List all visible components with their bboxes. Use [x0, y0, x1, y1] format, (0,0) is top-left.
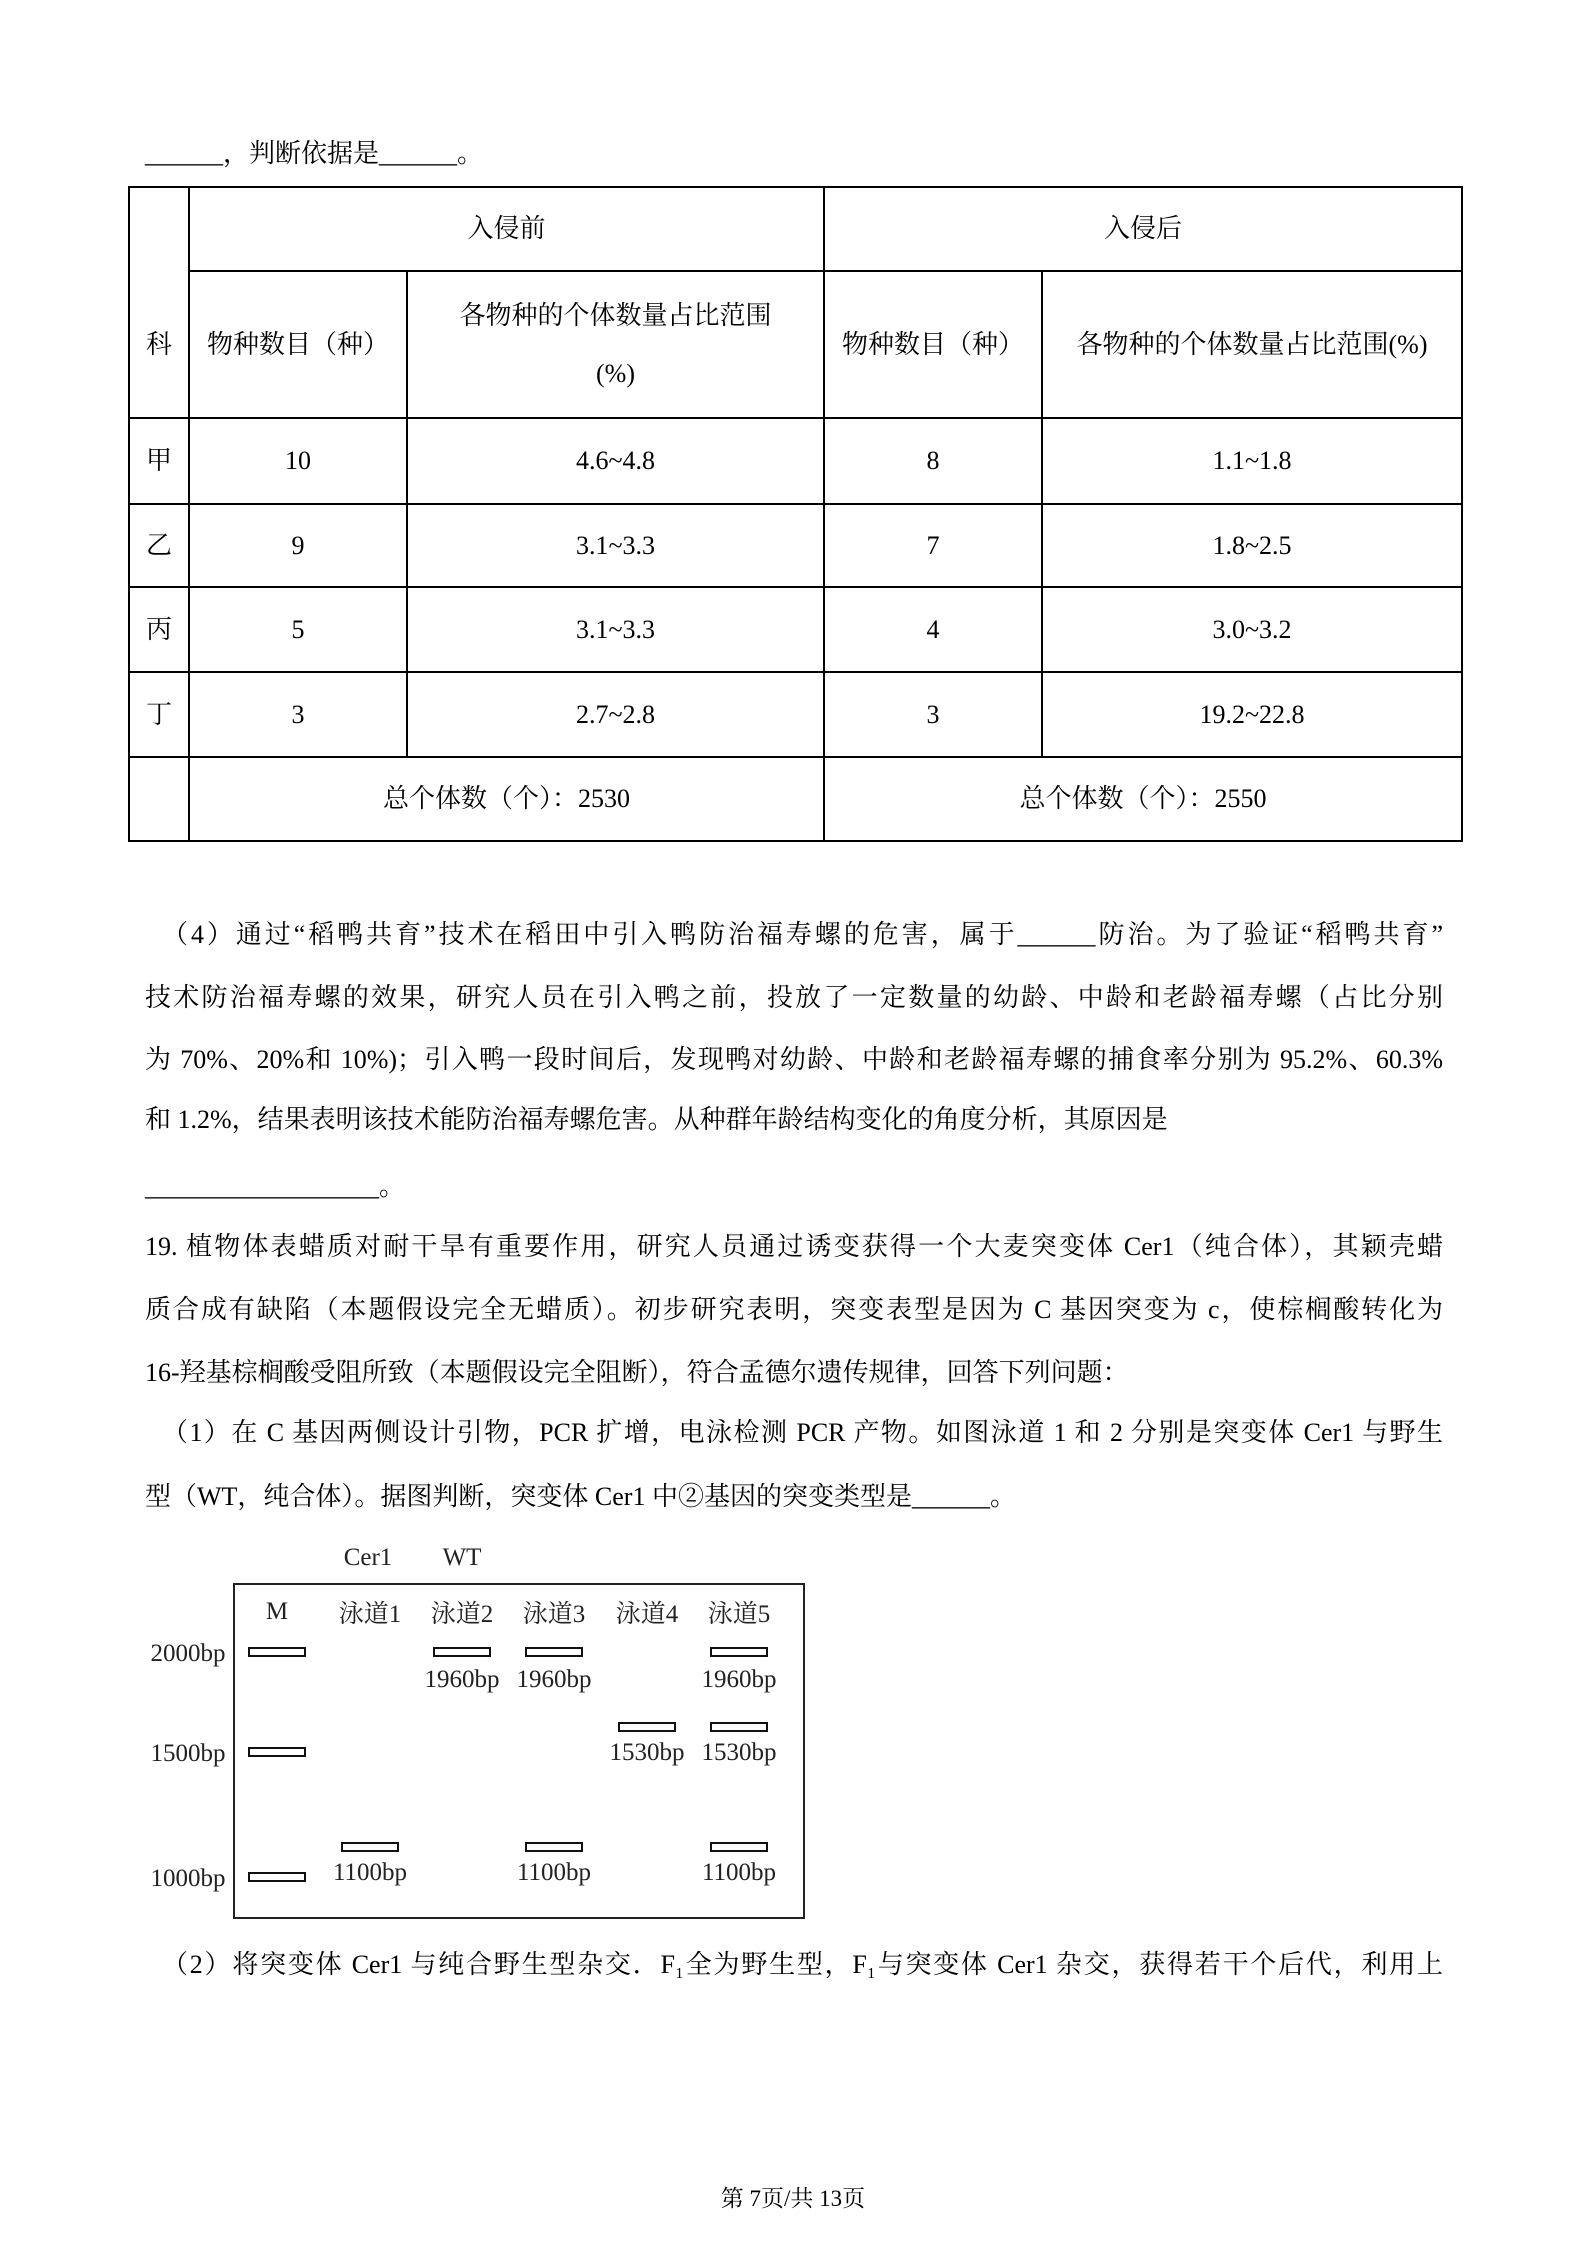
- row-family: 甲: [130, 419, 188, 503]
- q19-sub1-line-2: 型（WT，纯合体）。据图判断，突变体 Cer1 中②基因的突变类型是______…: [145, 1479, 1443, 1515]
- band-lane5-1530: [710, 1722, 768, 1732]
- band-lane3-1100: [525, 1842, 583, 1852]
- band-marker-1000: [248, 1872, 306, 1882]
- answer-blank: ______: [379, 139, 457, 168]
- header-ratio-before: 各物种的个体数量占比范围 (%): [408, 272, 823, 417]
- total-after: 总个体数（个）：2550: [825, 758, 1461, 840]
- band-lane5-1100: [710, 1842, 768, 1852]
- answer-blank: ______: [912, 1482, 990, 1511]
- row-family: 丙: [130, 588, 188, 671]
- band-label-lane5-1530: 1530bp: [702, 1739, 777, 1767]
- row-ratio-after: 1.1~1.8: [1043, 419, 1461, 503]
- q4-line-1: （4）通过“稻鸭共育”技术在稻田中引入鸭防治福寿螺的危害，属于______防治。…: [162, 917, 1443, 953]
- row-ratio-after: 1.8~2.5: [1043, 505, 1461, 586]
- q4-line-3: 为 70%、20%和 10%)；引入鸭一段时间后，发现鸭对幼龄、中龄和老龄福寿螺…: [145, 1042, 1443, 1078]
- row-count-after: 4: [825, 588, 1041, 671]
- row-ratio-before: 3.1~3.3: [408, 588, 823, 671]
- row-family: 丁: [130, 673, 188, 756]
- answer-blank: ______: [145, 139, 223, 168]
- header-before-invasion: 入侵前: [190, 188, 823, 270]
- band-label-lane3-1100: 1100bp: [517, 1859, 591, 1887]
- row-count-before: 10: [190, 419, 406, 503]
- q19-sub1-line-1: （1）在 C 基因两侧设计引物，PCR 扩增，电泳检测 PCR 产物。如图泳道 …: [162, 1415, 1443, 1451]
- row-ratio-after: 19.2~22.8: [1043, 673, 1461, 756]
- row-ratio-before: 3.1~3.3: [408, 505, 823, 586]
- q19-text: 型（WT，纯合体）。据图判断，突变体 Cer1 中②基因的突变类型是: [145, 1482, 912, 1511]
- band-lane2-1960: [433, 1647, 491, 1657]
- q19-end: 。: [990, 1482, 1016, 1511]
- row-ratio-after: 3.0~3.2: [1043, 588, 1461, 671]
- q19-line-2: 质合成有缺陷（本题假设完全无蜡质）。初步研究表明，突变表型是因为 C 基因突变为…: [145, 1292, 1443, 1328]
- total-before: 总个体数（个）：2530: [190, 758, 823, 840]
- row-count-after: 7: [825, 505, 1041, 586]
- label-cer1: Cer1: [344, 1544, 393, 1572]
- row-family: 乙: [130, 505, 188, 586]
- row-count-after: 8: [825, 419, 1041, 503]
- lane-label-3: 泳道3: [523, 1594, 586, 1630]
- row-ratio-before: 4.6~4.8: [408, 419, 823, 503]
- band-marker-2000: [248, 1647, 306, 1657]
- band-lane1-1100: [341, 1842, 399, 1852]
- lane-label-m: M: [266, 1598, 288, 1626]
- row-count-before: 3: [190, 673, 406, 756]
- band-label-lane5-1960: 1960bp: [702, 1666, 777, 1694]
- q4-text: （4）通过“稻鸭共育”技术在稻田中引入鸭防治福寿螺的危害，属于: [162, 920, 1018, 949]
- q4-text: 防治。为了验证“稻鸭共育”: [1096, 920, 1443, 949]
- header-ratio-before-line2: (%): [596, 345, 635, 403]
- band-lane3-1960: [525, 1647, 583, 1657]
- header-after-invasion: 入侵后: [825, 188, 1461, 270]
- page-footer: 第 7页/共 13页: [0, 2180, 1586, 2213]
- answer-blank: __________________: [145, 1172, 379, 1201]
- species-table: 入侵前 入侵后 科 物种数目（种） 各物种的个体数量占比范围 (%) 物种数目（…: [128, 186, 1461, 840]
- row-count-before: 9: [190, 505, 406, 586]
- lane-label-5: 泳道5: [708, 1594, 771, 1630]
- marker-label-2000: 2000bp: [151, 1640, 226, 1668]
- header-species-count-after: 物种数目（种）: [825, 272, 1041, 417]
- row-ratio-before: 2.7~2.8: [408, 673, 823, 756]
- lane-label-4: 泳道4: [616, 1594, 679, 1630]
- intro-end: 。: [457, 139, 483, 168]
- q4-end: 。: [379, 1172, 405, 1201]
- row-count-after: 3: [825, 673, 1041, 756]
- band-marker-1500: [248, 1747, 306, 1757]
- lane-label-1: 泳道1: [339, 1594, 402, 1630]
- answer-blank: ______: [1018, 920, 1096, 949]
- q4-line-2: 技术防治福寿螺的效果，研究人员在引入鸭之前，投放了一定数量的幼龄、中龄和老龄福寿…: [145, 980, 1443, 1016]
- marker-label-1000: 1000bp: [151, 1865, 226, 1893]
- q19-sub2-line-1: （2）将突变体 Cer1 与纯合野生型杂交．F₁全为野生型，F₁与突变体 Cer…: [162, 1947, 1443, 1983]
- lane-label-2: 泳道2: [431, 1594, 494, 1630]
- q19-line-1: 19. 植物体表蜡质对耐干旱有重要作用，研究人员通过诱变获得一个大麦突变体 Ce…: [145, 1229, 1443, 1265]
- label-wt: WT: [443, 1544, 482, 1572]
- header-species-count-before: 物种数目（种）: [190, 272, 406, 417]
- band-lane4-1530: [618, 1722, 676, 1732]
- band-label-lane4-1530: 1530bp: [610, 1739, 685, 1767]
- header-ratio-before-line1: 各物种的个体数量占比范围: [459, 287, 771, 345]
- header-family: 科: [130, 272, 188, 417]
- band-label-lane5-1100: 1100bp: [702, 1859, 776, 1887]
- intro-question-line: ______，判断依据是______。: [145, 136, 483, 172]
- band-label-lane2-1960: 1960bp: [425, 1666, 500, 1694]
- band-lane5-1960: [710, 1647, 768, 1657]
- marker-label-1500: 1500bp: [151, 1740, 226, 1768]
- q4-line-4: 和 1.2%，结果表明该技术能防治福寿螺危害。从种群年龄结构变化的角度分析，其原…: [145, 1102, 1443, 1138]
- header-ratio-after: 各物种的个体数量占比范围(%): [1043, 272, 1461, 417]
- band-label-lane1-1100: 1100bp: [333, 1859, 407, 1887]
- intro-text: ，判断依据是: [223, 139, 379, 168]
- q19-line-3: 16-羟基棕榈酸受阻所致（本题假设完全阻断），符合孟德尔遗传规律，回答下列问题：: [145, 1355, 1443, 1391]
- row-count-before: 5: [190, 588, 406, 671]
- q4-line-5: __________________。: [145, 1169, 1443, 1205]
- band-label-lane3-1960: 1960bp: [517, 1666, 592, 1694]
